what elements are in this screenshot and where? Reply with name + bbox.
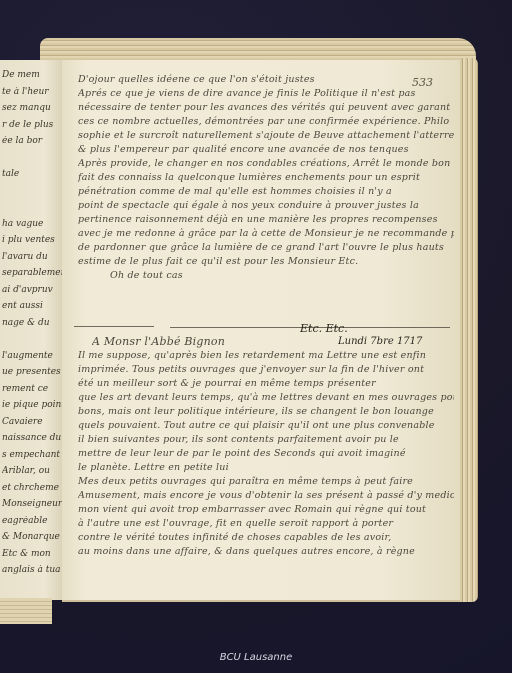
left-page-line: ai d'avpruv — [2, 285, 62, 296]
left-page-line: s empechant — [2, 450, 62, 461]
left-page-line: Ariblar, ou — [2, 466, 62, 477]
book-fore-edge — [460, 58, 478, 602]
left-page-line: te à l'heur — [2, 87, 62, 98]
left-page-line: nage & du — [2, 318, 62, 329]
divider-rule — [74, 326, 154, 327]
left-page-line: ée la bor — [2, 136, 62, 147]
left-page-line: l'augmente — [2, 351, 62, 362]
left-page-line: & Monarque — [2, 532, 62, 543]
manuscript-line: estime de le plus fait ce qu'il est pour… — [78, 256, 454, 269]
left-page-line: Etc & mon — [2, 549, 62, 560]
manuscript-line: au moins dans une affaire, & dans quelqu… — [78, 546, 454, 559]
manuscript-line: Mes deux petits ouvrages qui paraîtra en… — [78, 476, 454, 489]
manuscript-line: bons, mais ont leur politique intérieure… — [78, 406, 454, 419]
manuscript-line: que les art devant leurs temps, qu'à me … — [78, 392, 454, 405]
manuscript-line: Après provide, le changer en nos condabl… — [78, 158, 454, 171]
manuscript-line: imprimée. Tous petits ouvrages que j'env… — [78, 364, 454, 377]
left-page-line: r de le plus — [2, 120, 62, 131]
manuscript-line: pénétration comme de mal qu'elle est hom… — [78, 186, 454, 199]
left-page-line: separablemen — [2, 268, 62, 279]
manuscript-line: le planète. Lettre en petite lui — [78, 462, 454, 475]
left-page-line: rement ce — [2, 384, 62, 395]
left-page-line: i plu ventes — [2, 235, 62, 246]
book-top-edge — [40, 38, 476, 62]
left-page-line: ent aussi — [2, 301, 62, 312]
manuscript-line: Amusement, mais encore je vous d'obtenir… — [78, 490, 454, 503]
left-page-line: De mem — [2, 70, 62, 81]
signature-flourish: Etc. Etc. — [300, 322, 348, 335]
library-caption: BCU Lausanne — [0, 652, 512, 663]
left-page-line: ha vague — [2, 219, 62, 230]
manuscript-line: il bien suivantes pour, ils sont content… — [78, 434, 454, 447]
left-page-line: sez manqu — [2, 103, 62, 114]
left-page-line: naissance du — [2, 433, 62, 444]
manuscript-line: pertinence raisonnement déjà en une mani… — [78, 214, 454, 227]
manuscript-line: Il me suppose, qu'après bien les retarde… — [78, 350, 454, 363]
manuscript-line: fait des connaiss la quelconque lumières… — [78, 172, 454, 185]
left-page-line: et chrcheme — [2, 483, 62, 494]
manuscript-line: Oh de tout cas — [110, 270, 486, 283]
manuscript-line: sophie et le surcroît naturellement s'aj… — [78, 130, 454, 143]
manuscript-line: point de spectacle qui égale à nos yeux … — [78, 200, 454, 213]
manuscript-line: Aprés ce que je viens de dire avance je … — [78, 88, 454, 101]
left-page-line: Monseigneur — [2, 499, 62, 510]
left-page-line: anglais à tua — [2, 565, 62, 576]
manuscript-line: quels pouvaient. Tout autre ce qui plais… — [78, 420, 454, 433]
manuscript-line: été un meilleur sort & je pourrai en mêm… — [78, 378, 454, 391]
manuscript-line: de pardonner que grâce la lumière de ce … — [78, 242, 454, 255]
manuscript-line: mettre de leur leur de par le point des … — [78, 448, 454, 461]
left-page-stack — [0, 598, 52, 624]
manuscript-line: avec je me redonne à grâce par la à cett… — [78, 228, 454, 241]
letter-date: Lundi 7bre 1717 — [338, 336, 422, 347]
manuscript-line: ces ce nombre actuelles, démontrées par … — [78, 116, 454, 129]
manuscript-line: nécessaire de tenter pour les avances de… — [78, 102, 454, 115]
manuscript-line: contre le vérité toutes infinité de chos… — [78, 532, 454, 545]
manuscript-line: à l'autre une est l'ouvrage, fit en quel… — [78, 518, 454, 531]
manuscript-line: mon vient qui avoit trop embarrasser ave… — [78, 504, 454, 517]
manuscript-line: & plus l'empereur par qualité encore une… — [78, 144, 454, 157]
left-facing-page: De memte à l'heursez manqur de le plusée… — [0, 60, 66, 600]
manuscript-line: D'ojour quelles idéene ce que l'on s'éto… — [78, 74, 454, 87]
left-page-line: ue presentes — [2, 367, 62, 378]
left-page-line: eagréable — [2, 516, 62, 527]
left-page-line: Cavaiere — [2, 417, 62, 428]
left-page-line: ie pique point — [2, 400, 62, 411]
left-page-line: l'avaru du — [2, 252, 62, 263]
left-page-line: tale — [2, 169, 62, 180]
